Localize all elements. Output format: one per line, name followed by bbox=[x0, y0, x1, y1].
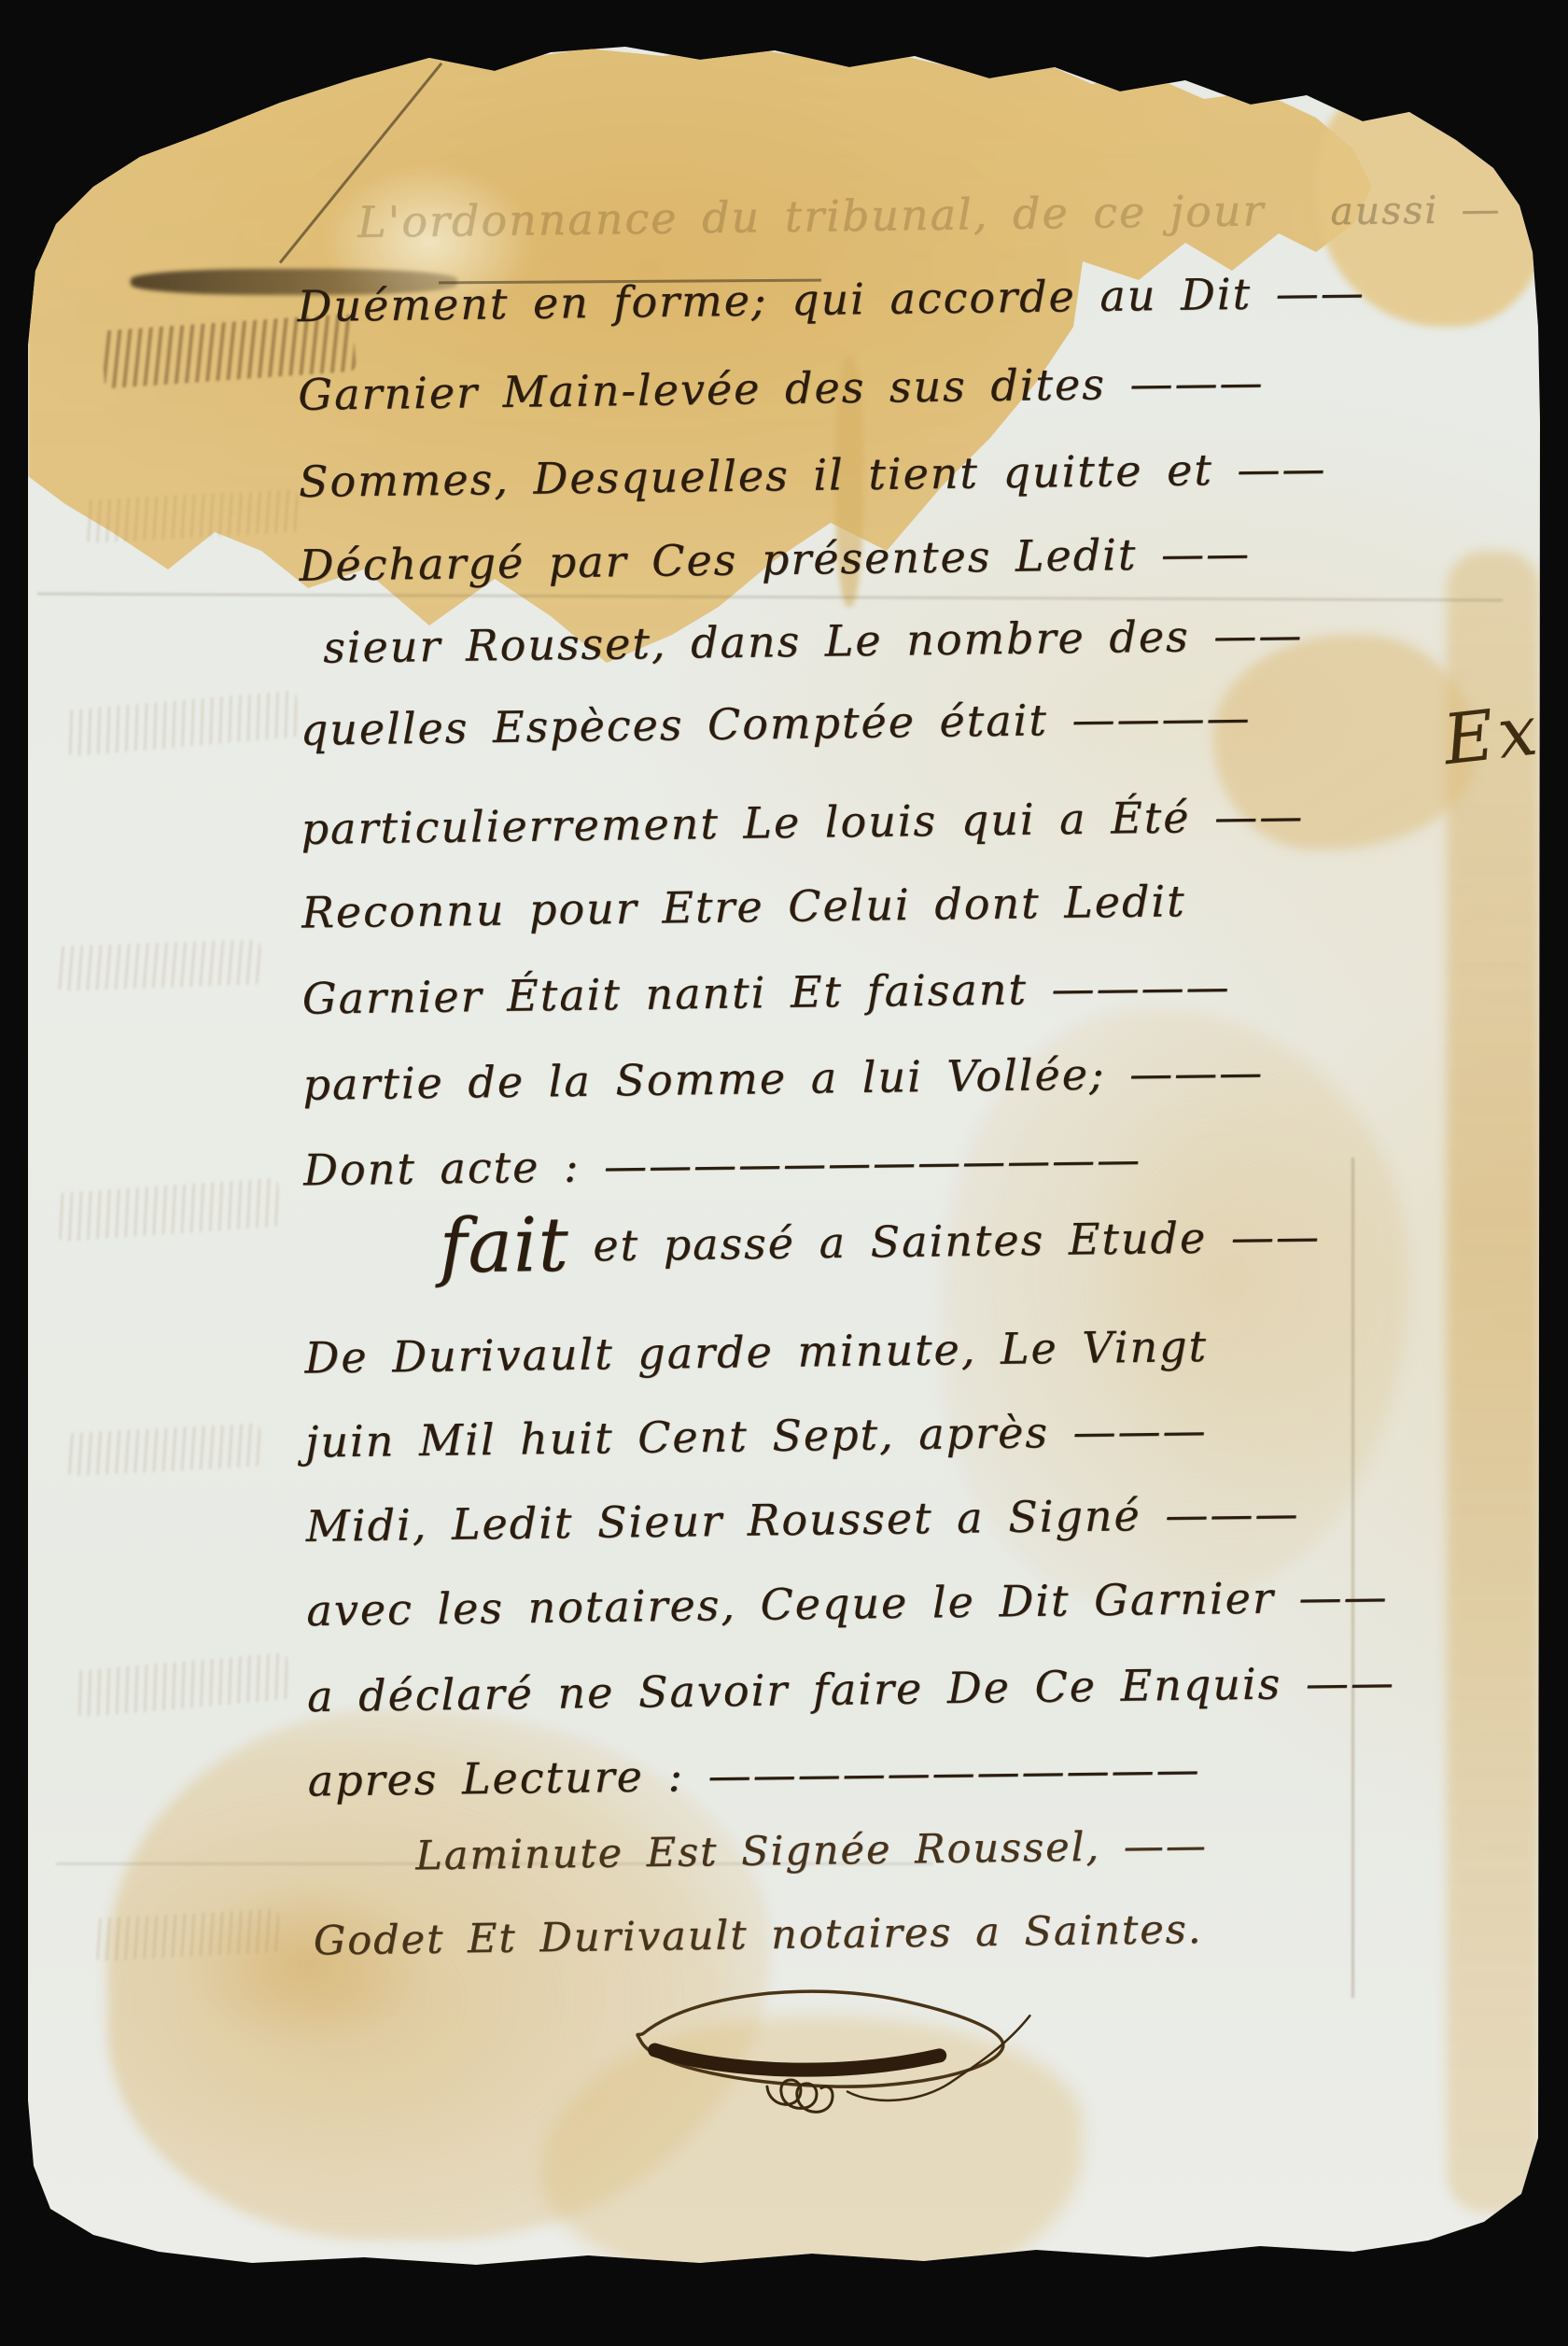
manuscript-line: a déclaré ne Savoir faire De Ce Enquis —… bbox=[307, 1661, 1395, 1718]
manuscript-line: Garnier Main-levée des sus dites ——— bbox=[298, 360, 1265, 416]
manuscript-line: Dont acte : ———————————— bbox=[303, 1138, 1141, 1192]
manuscript-line: Garnier Était nanti Et faisant ———— bbox=[301, 965, 1230, 1020]
manuscript-line: Reconnu pour Etre Celui dont Ledit bbox=[301, 879, 1186, 934]
manuscript-line: Laminute Est Signée Roussel, —— bbox=[415, 1826, 1208, 1876]
manuscript-line: particulierrement Le louis qui a Été —— bbox=[301, 794, 1304, 850]
manuscript-text-block: L'ordonnance du tribunal, de ce jourauss… bbox=[21, 41, 1548, 2283]
header-faint-text: L'ordonnance du tribunal, de ce jour bbox=[357, 185, 1266, 247]
manuscript-line: quelles Espèces Comptée était ———— bbox=[300, 695, 1251, 751]
manuscript-line: apres Lecture : ——————————— bbox=[307, 1748, 1200, 1803]
marginal-note: Ex bbox=[1439, 690, 1545, 780]
manuscript-line: fait et passé a Saintes Etude —— bbox=[439, 1215, 1321, 1269]
manuscript-line: sieur Rousset, dans Le nombre des —— bbox=[323, 613, 1304, 669]
manuscript-line: Duément en forme; qui accorde au Dit —— bbox=[297, 271, 1365, 328]
signature-flourish bbox=[626, 1973, 1038, 2148]
manuscript-line: juin Mil huit Cent Sept, après ——— bbox=[305, 1409, 1208, 1464]
header-dark-word: aussi — bbox=[1330, 187, 1502, 233]
manuscript-page: L'ordonnance du tribunal, de ce jourauss… bbox=[28, 47, 1540, 2278]
manuscript-line: L'ordonnance du tribunal, de ce jourauss… bbox=[357, 186, 1502, 244]
manuscript-line: partie de la Somme a lui Vollée; ——— bbox=[302, 1050, 1264, 1105]
manuscript-line: Déchargé par Ces présentes Ledit —— bbox=[299, 531, 1251, 586]
manuscript-line: Midi, Ledit Sieur Rousset a Signé ——— bbox=[305, 1492, 1299, 1548]
manuscript-line: avec les notaires, Ceque le Dit Garnier … bbox=[306, 1575, 1389, 1632]
manuscript-line: Godet Et Durivault notaires a Saintes. bbox=[314, 1910, 1203, 1961]
emphasized-word-fait: fait bbox=[439, 1201, 569, 1290]
manuscript-line: Sommes, Desquelles il tient quitte et —— bbox=[299, 447, 1327, 503]
manuscript-line: De Durivault garde minute, Le Vingt bbox=[304, 1325, 1208, 1380]
flourish-thick-stroke bbox=[655, 2048, 940, 2071]
line-continuation: et passé a Saintes Etude —— bbox=[568, 1211, 1321, 1271]
